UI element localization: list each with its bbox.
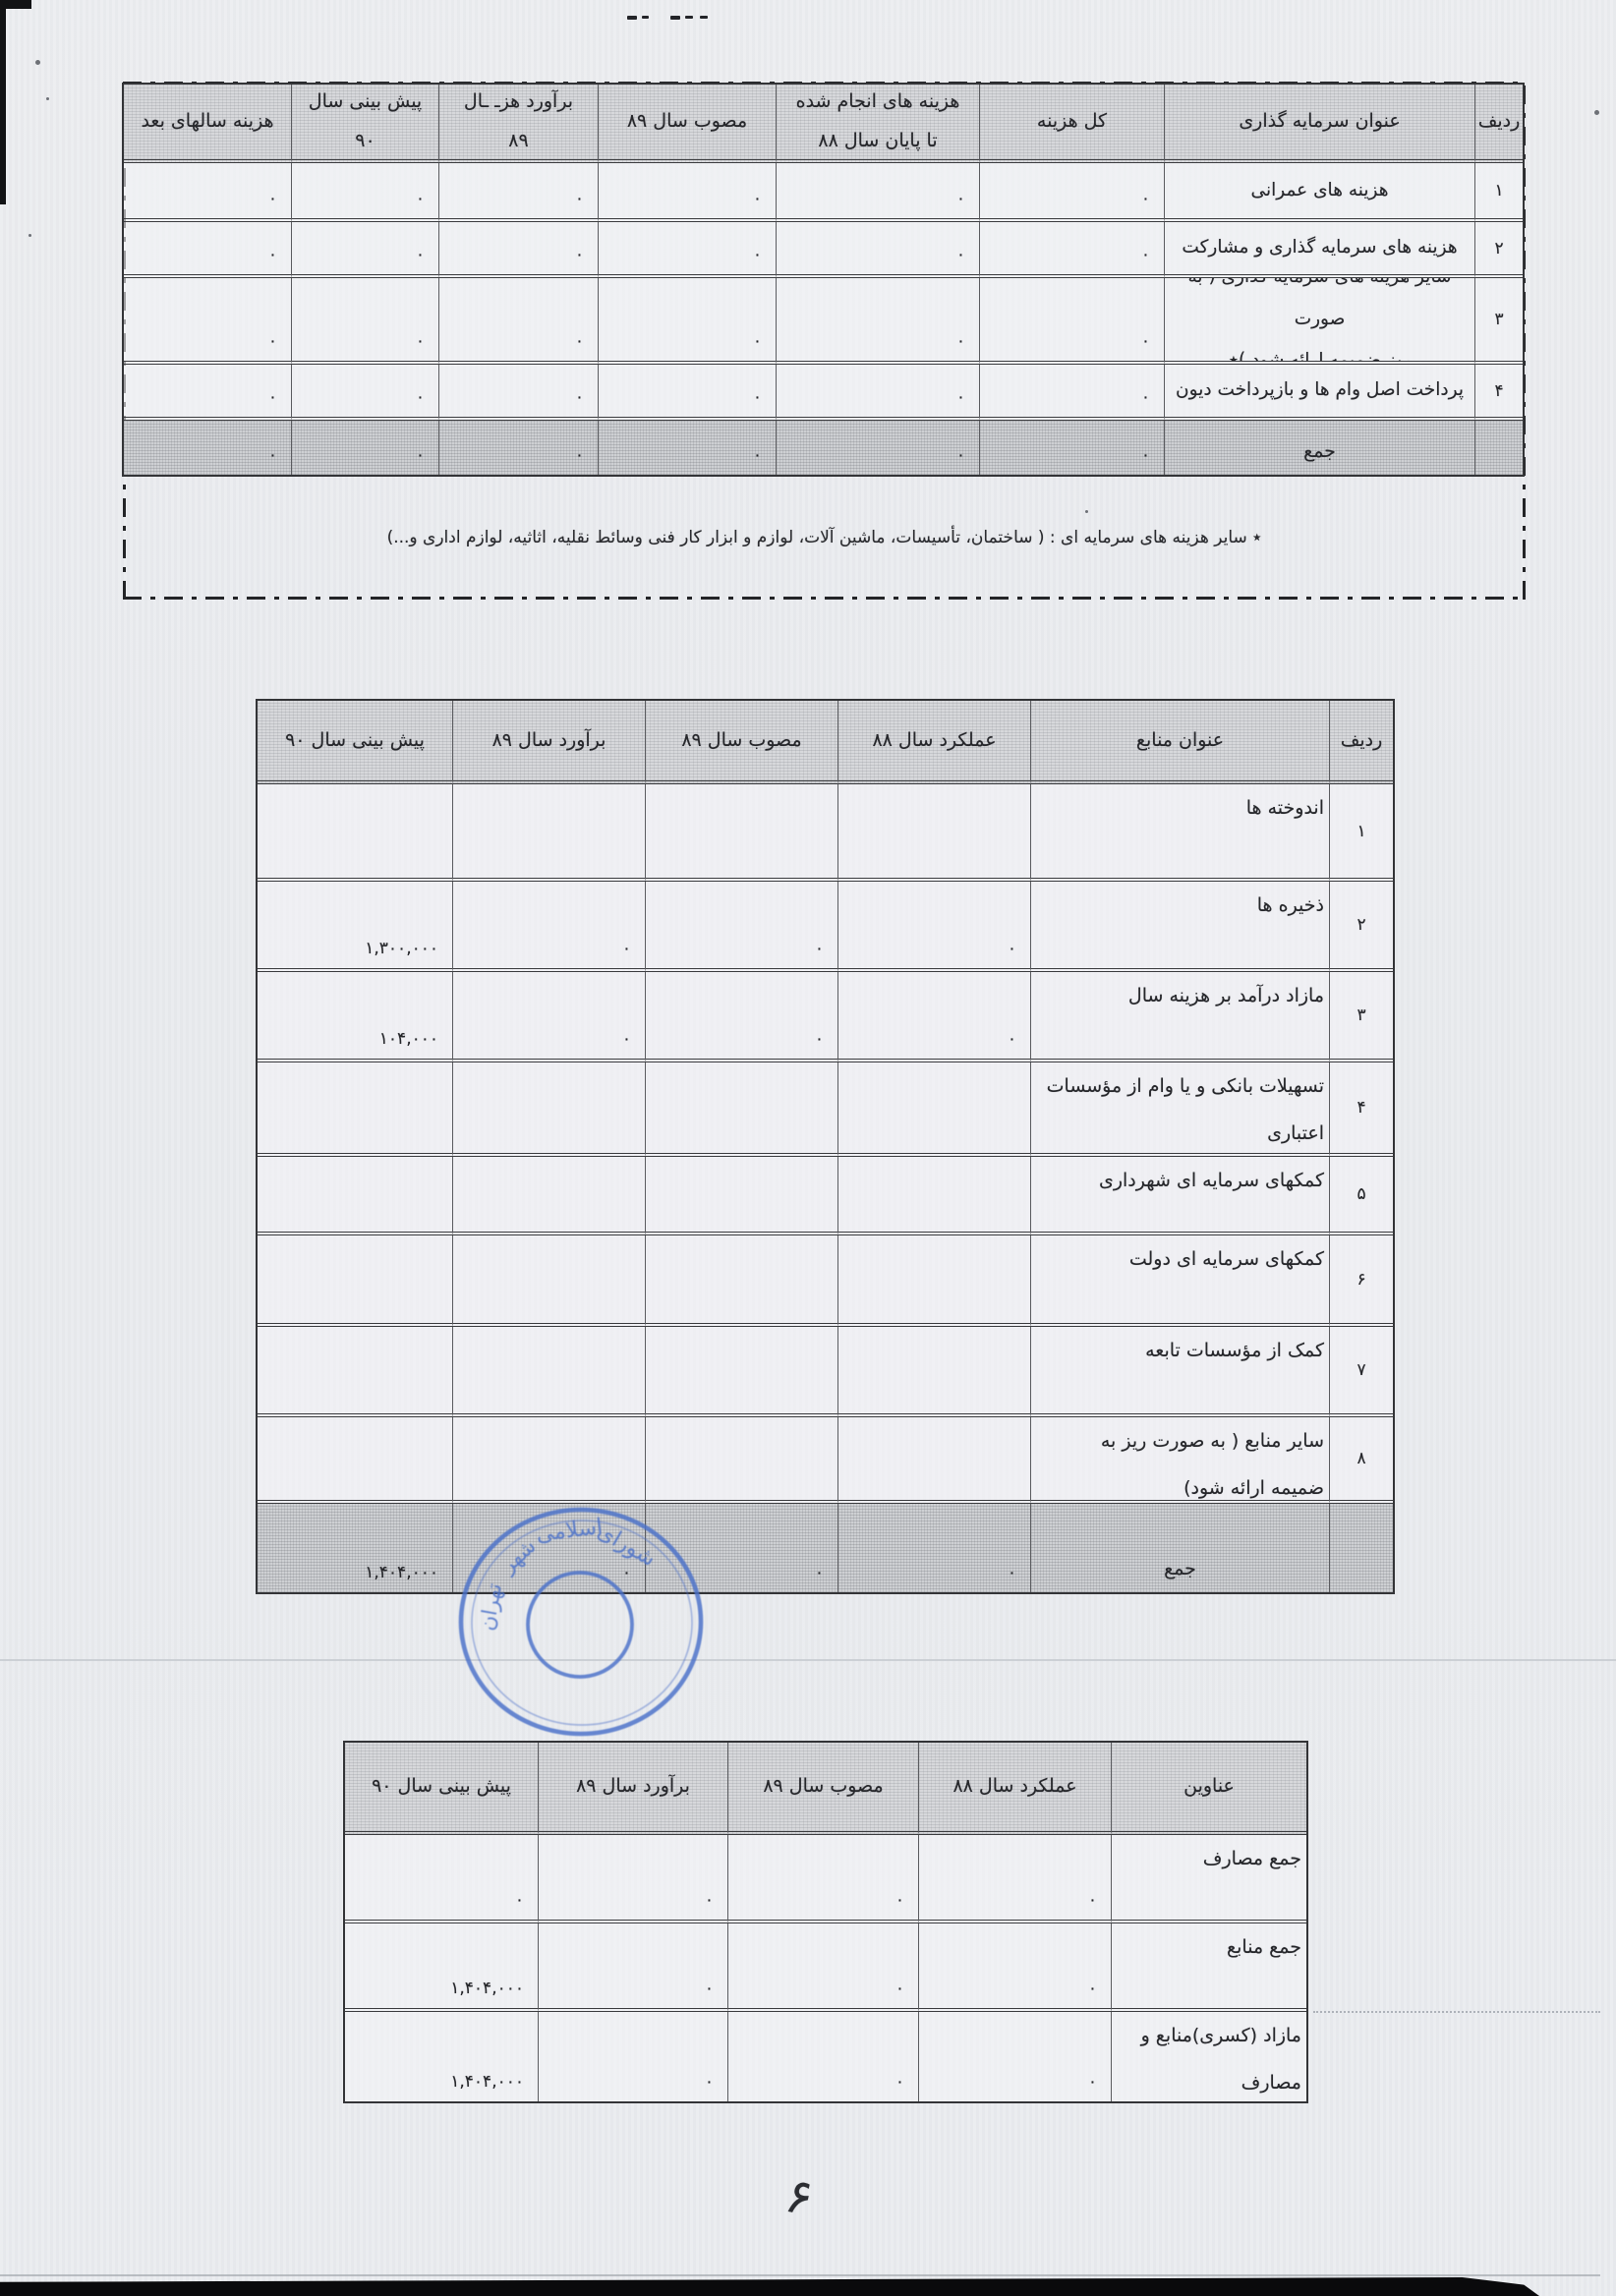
scan-faint-fold-line <box>0 1659 1616 1661</box>
cell-value <box>645 1235 837 1327</box>
cell-value: ۰ <box>979 163 1164 222</box>
row-label: سایر هزینه های سرمایه گذاری ( به صورتریز… <box>1164 278 1474 365</box>
cell-value: ۱۰۴,۰۰۰ <box>258 972 452 1062</box>
row-number: ۸ <box>1329 1417 1393 1504</box>
header-investment-title: عنوان سرمایه گذاری <box>1164 85 1474 163</box>
cell-value: ۰ <box>124 163 291 222</box>
row-label: اندوخته ها <box>1030 784 1329 882</box>
row-number: ۳ <box>1474 278 1523 365</box>
row-label: ذخیره ها <box>1030 882 1329 972</box>
row-number: ۲ <box>1474 222 1523 278</box>
cell-value: ۰ <box>598 222 776 278</box>
header-radif: ردیف <box>1329 701 1393 784</box>
row-label: هزینه های سرمایه گذاری و مشارکت <box>1164 222 1474 278</box>
summary-table: عناوین عملکرد سال ۸۸ مصوب سال ۸۹ برآورد … <box>343 1741 1308 2103</box>
row-label: مازاد (کسری)منابع و مصارف <box>1111 2012 1306 2101</box>
cell-value <box>258 1157 452 1235</box>
row-label: هزینه های عمرانی <box>1164 163 1474 222</box>
row-label: جمع مصارف <box>1111 1835 1306 1923</box>
cell-value <box>645 784 837 882</box>
cell-value: ۰ <box>776 365 979 421</box>
cell-value: ۰ <box>645 882 837 972</box>
cell-value: ۰ <box>291 365 438 421</box>
cell-value: ۰ <box>452 882 645 972</box>
total-cell-value: ۰ <box>438 421 598 475</box>
cell-value: ۰ <box>598 278 776 365</box>
cell-value: ۰ <box>438 222 598 278</box>
cell-value: ۰ <box>776 163 979 222</box>
cell-value <box>837 784 1030 882</box>
total-cell-value: ۰ <box>291 421 438 475</box>
total-row-label: جمع <box>1164 421 1474 475</box>
row-number: ۷ <box>1329 1327 1393 1417</box>
cell-value: ۱,۴۰۴,۰۰۰ <box>345 2012 538 2101</box>
total-cell-value: ۰ <box>837 1504 1030 1592</box>
scan-speck <box>1594 110 1599 115</box>
cell-value: ۰ <box>598 365 776 421</box>
header-forecast-90: پیش بینی سال۹۰ <box>291 85 438 163</box>
cell-value: ۰ <box>124 278 291 365</box>
total-cell-value: ۰ <box>979 421 1164 475</box>
scan-dash-mark <box>642 16 649 19</box>
header-radif: ردیف <box>1474 85 1523 163</box>
scan-speck <box>46 97 49 100</box>
cell-value: ۰ <box>776 222 979 278</box>
row-number: ۱ <box>1474 163 1523 222</box>
cell-value: ۰ <box>837 972 1030 1062</box>
scan-corner-artifact <box>0 0 31 9</box>
header-performance-88: عملکرد سال ۸۸ <box>918 1743 1111 1835</box>
cell-value: ۰ <box>918 1835 1111 1923</box>
cell-value: ۰ <box>291 278 438 365</box>
cell-value: ۰ <box>538 2012 727 2101</box>
cell-value: ۰ <box>538 1835 727 1923</box>
header-resource-title: عنوان منابع <box>1030 701 1329 784</box>
scan-dotted-line <box>1313 2011 1600 2013</box>
stamp-word: شورای <box>593 1520 660 1573</box>
dashed-border-bottom <box>123 597 1526 600</box>
stamp-word: تهران <box>475 1581 506 1633</box>
header-approved-89: مصوب سال ۸۹ <box>645 701 837 784</box>
header-approved-89: مصوب سال ۸۹ <box>598 85 776 163</box>
scan-speck <box>35 60 40 65</box>
cell-value: ۰ <box>727 2012 918 2101</box>
row-label: کمکهای سرمایه ای شهرداری <box>1030 1157 1329 1235</box>
cell-value <box>837 1417 1030 1504</box>
cell-value: ۰ <box>124 222 291 278</box>
header-later-years: هزینه سالهای بعد <box>124 85 291 163</box>
cell-value: ۰ <box>291 163 438 222</box>
cell-value: ۰ <box>438 365 598 421</box>
cell-value: ۰ <box>918 1923 1111 2012</box>
cell-value: ۱,۳۰۰,۰۰۰ <box>258 882 452 972</box>
scan-dash-mark <box>700 16 708 19</box>
row-number: ۴ <box>1474 365 1523 421</box>
cell-value: ۰ <box>727 1923 918 2012</box>
cell-value <box>837 1235 1030 1327</box>
scan-dash-mark <box>627 16 637 20</box>
header-approved-89: مصوب سال ۸۹ <box>727 1743 918 1835</box>
row-number: ۳ <box>1329 972 1393 1062</box>
council-stamp: شورای اسلامی شهر تهران <box>442 1486 729 1763</box>
cell-value <box>645 1327 837 1417</box>
stamp-word: اسلامی <box>535 1515 604 1547</box>
cell-value <box>837 1327 1030 1417</box>
header-total-cost: کل هزینه <box>979 85 1164 163</box>
handwritten-page-number: ۶ <box>780 2166 818 2227</box>
total-cell-value: ۰ <box>124 421 291 475</box>
row-label: سایر منابع ( به صورت ریز بهضمیمه ارائه ش… <box>1030 1417 1329 1504</box>
scan-left-edge-artifact <box>0 0 6 204</box>
cell-value: ۰ <box>979 278 1164 365</box>
cell-value <box>258 1062 452 1157</box>
cell-value <box>258 1235 452 1327</box>
total-cell-value: ۰ <box>776 421 979 475</box>
total-row-label: جمع <box>1030 1504 1329 1592</box>
header-estimate-89: برآورد هزـ ـال۸۹ <box>438 85 598 163</box>
row-label: پرداخت اصل وام ها و بازپرداخت دیون <box>1164 365 1474 421</box>
row-number: ۲ <box>1329 882 1393 972</box>
scan-speck <box>29 234 31 237</box>
cell-value: ۰ <box>538 1923 727 2012</box>
row-number: ۴ <box>1329 1062 1393 1157</box>
cell-value: ۰ <box>438 278 598 365</box>
cell-value: ۰ <box>837 882 1030 972</box>
stamp-inner-ring <box>528 1573 632 1677</box>
table1-footnote: ٭ سایر هزینه های سرمایه ای : ( ساختمان، … <box>123 528 1526 547</box>
scan-dash-mark <box>670 16 680 20</box>
cell-value: ۰ <box>124 365 291 421</box>
row-number: ۱ <box>1329 784 1393 882</box>
row-label: تسهیلات بانکی و یا وام از مؤسساتاعتباری <box>1030 1062 1329 1157</box>
row-number: ۵ <box>1329 1157 1393 1235</box>
cell-value: ۰ <box>776 278 979 365</box>
cell-value <box>258 1327 452 1417</box>
cell-value <box>452 1062 645 1157</box>
header-expenses-until-88: هزینه های انجام شدهتا پایان سال ۸۸ <box>776 85 979 163</box>
cell-value <box>452 784 645 882</box>
row-label: کمک از مؤسسات تابعه <box>1030 1327 1329 1417</box>
cell-value <box>645 1157 837 1235</box>
cell-value: ۰ <box>645 972 837 1062</box>
cell-value <box>837 1157 1030 1235</box>
header-estimate-89: برآورد سال ۸۹ <box>452 701 645 784</box>
capital-expenses-table: ردیف عنوان سرمایه گذاری کل هزینه هزینه ه… <box>122 83 1525 477</box>
cell-value: ۰ <box>291 222 438 278</box>
total-cell-value: ۱,۴۰۴,۰۰۰ <box>258 1504 452 1592</box>
cell-value <box>258 1417 452 1504</box>
scan-bottom-hairline <box>0 2274 1600 2276</box>
cell-value <box>645 1062 837 1157</box>
cell-value <box>452 1235 645 1327</box>
cell-value <box>258 784 452 882</box>
resources-table: ردیف عنوان منابع عملکرد سال ۸۸ مصوب سال … <box>256 699 1395 1594</box>
total-row-spacer <box>1329 1504 1393 1592</box>
cell-value: ۰ <box>979 222 1164 278</box>
stamp-word: شهر <box>495 1534 541 1578</box>
row-label: جمع منابع <box>1111 1923 1306 2012</box>
total-cell-value: ۰ <box>598 421 776 475</box>
row-number: ۶ <box>1329 1235 1393 1327</box>
cell-value: ۰ <box>727 1835 918 1923</box>
cell-value: ۰ <box>979 365 1164 421</box>
cell-value: ۱,۴۰۴,۰۰۰ <box>345 1923 538 2012</box>
header-titles: عناوین <box>1111 1743 1306 1835</box>
row-label: کمکهای سرمایه ای دولت <box>1030 1235 1329 1327</box>
total-row-spacer <box>1474 421 1523 475</box>
cell-value: ۰ <box>918 2012 1111 2101</box>
header-performance-88: عملکرد سال ۸۸ <box>837 701 1030 784</box>
cell-value <box>452 1157 645 1235</box>
header-forecast-90: پیش بینی سال ۹۰ <box>258 701 452 784</box>
cell-value <box>452 1327 645 1417</box>
scan-speck <box>1085 510 1088 513</box>
cell-value: ۰ <box>598 163 776 222</box>
scan-dash-mark <box>685 16 693 19</box>
scanned-budget-document-page: { "colors": {"stamp_blue": "#4a70c9", "i… <box>0 0 1616 2296</box>
cell-value: ۰ <box>345 1835 538 1923</box>
row-label: مازاد درآمد بر هزینه سال <box>1030 972 1329 1062</box>
cell-value: ۰ <box>438 163 598 222</box>
scan-bottom-black-bar <box>0 2277 1539 2296</box>
cell-value <box>837 1062 1030 1157</box>
cell-value: ۰ <box>452 972 645 1062</box>
